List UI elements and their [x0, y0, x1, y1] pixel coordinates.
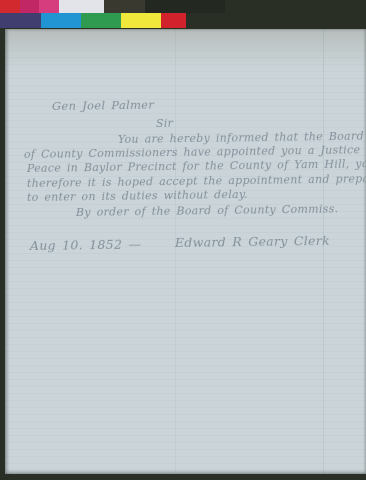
color-patch-red-2	[161, 13, 186, 28]
color-calibration-strip	[0, 0, 366, 28]
letter-recipient: Gen Joel Palmer	[52, 100, 154, 113]
color-patch-red	[0, 0, 20, 13]
color-patch-magenta	[20, 0, 39, 13]
color-patch-pink	[39, 0, 59, 13]
letter-signature: Edward R Geary Clerk	[175, 235, 330, 250]
letter-closing: By order of the Board of County Commiss.	[76, 203, 339, 218]
scanned-document-page: Gen Joel Palmer Sir You are hereby infor…	[0, 0, 366, 480]
letter-date: Aug 10. 1852 —	[30, 238, 142, 252]
letter-paper: Gen Joel Palmer Sir You are hereby infor…	[5, 29, 366, 474]
color-patch-black-green	[145, 0, 225, 13]
paper-fold-line	[323, 29, 324, 474]
letter-body-line: therefore it is hoped accept the appoint…	[27, 173, 366, 189]
letter-body-line: to enter on its duties without delay.	[27, 189, 248, 203]
color-patch-cyan	[41, 13, 81, 28]
color-patch-indigo	[0, 13, 41, 28]
letter-salutation: Sir	[156, 118, 173, 129]
paper-fold-line	[175, 29, 176, 474]
color-patch-yellow	[121, 13, 161, 28]
color-patch-green	[81, 13, 121, 28]
color-patch-charcoal	[104, 0, 145, 13]
color-patch-white	[59, 0, 104, 13]
